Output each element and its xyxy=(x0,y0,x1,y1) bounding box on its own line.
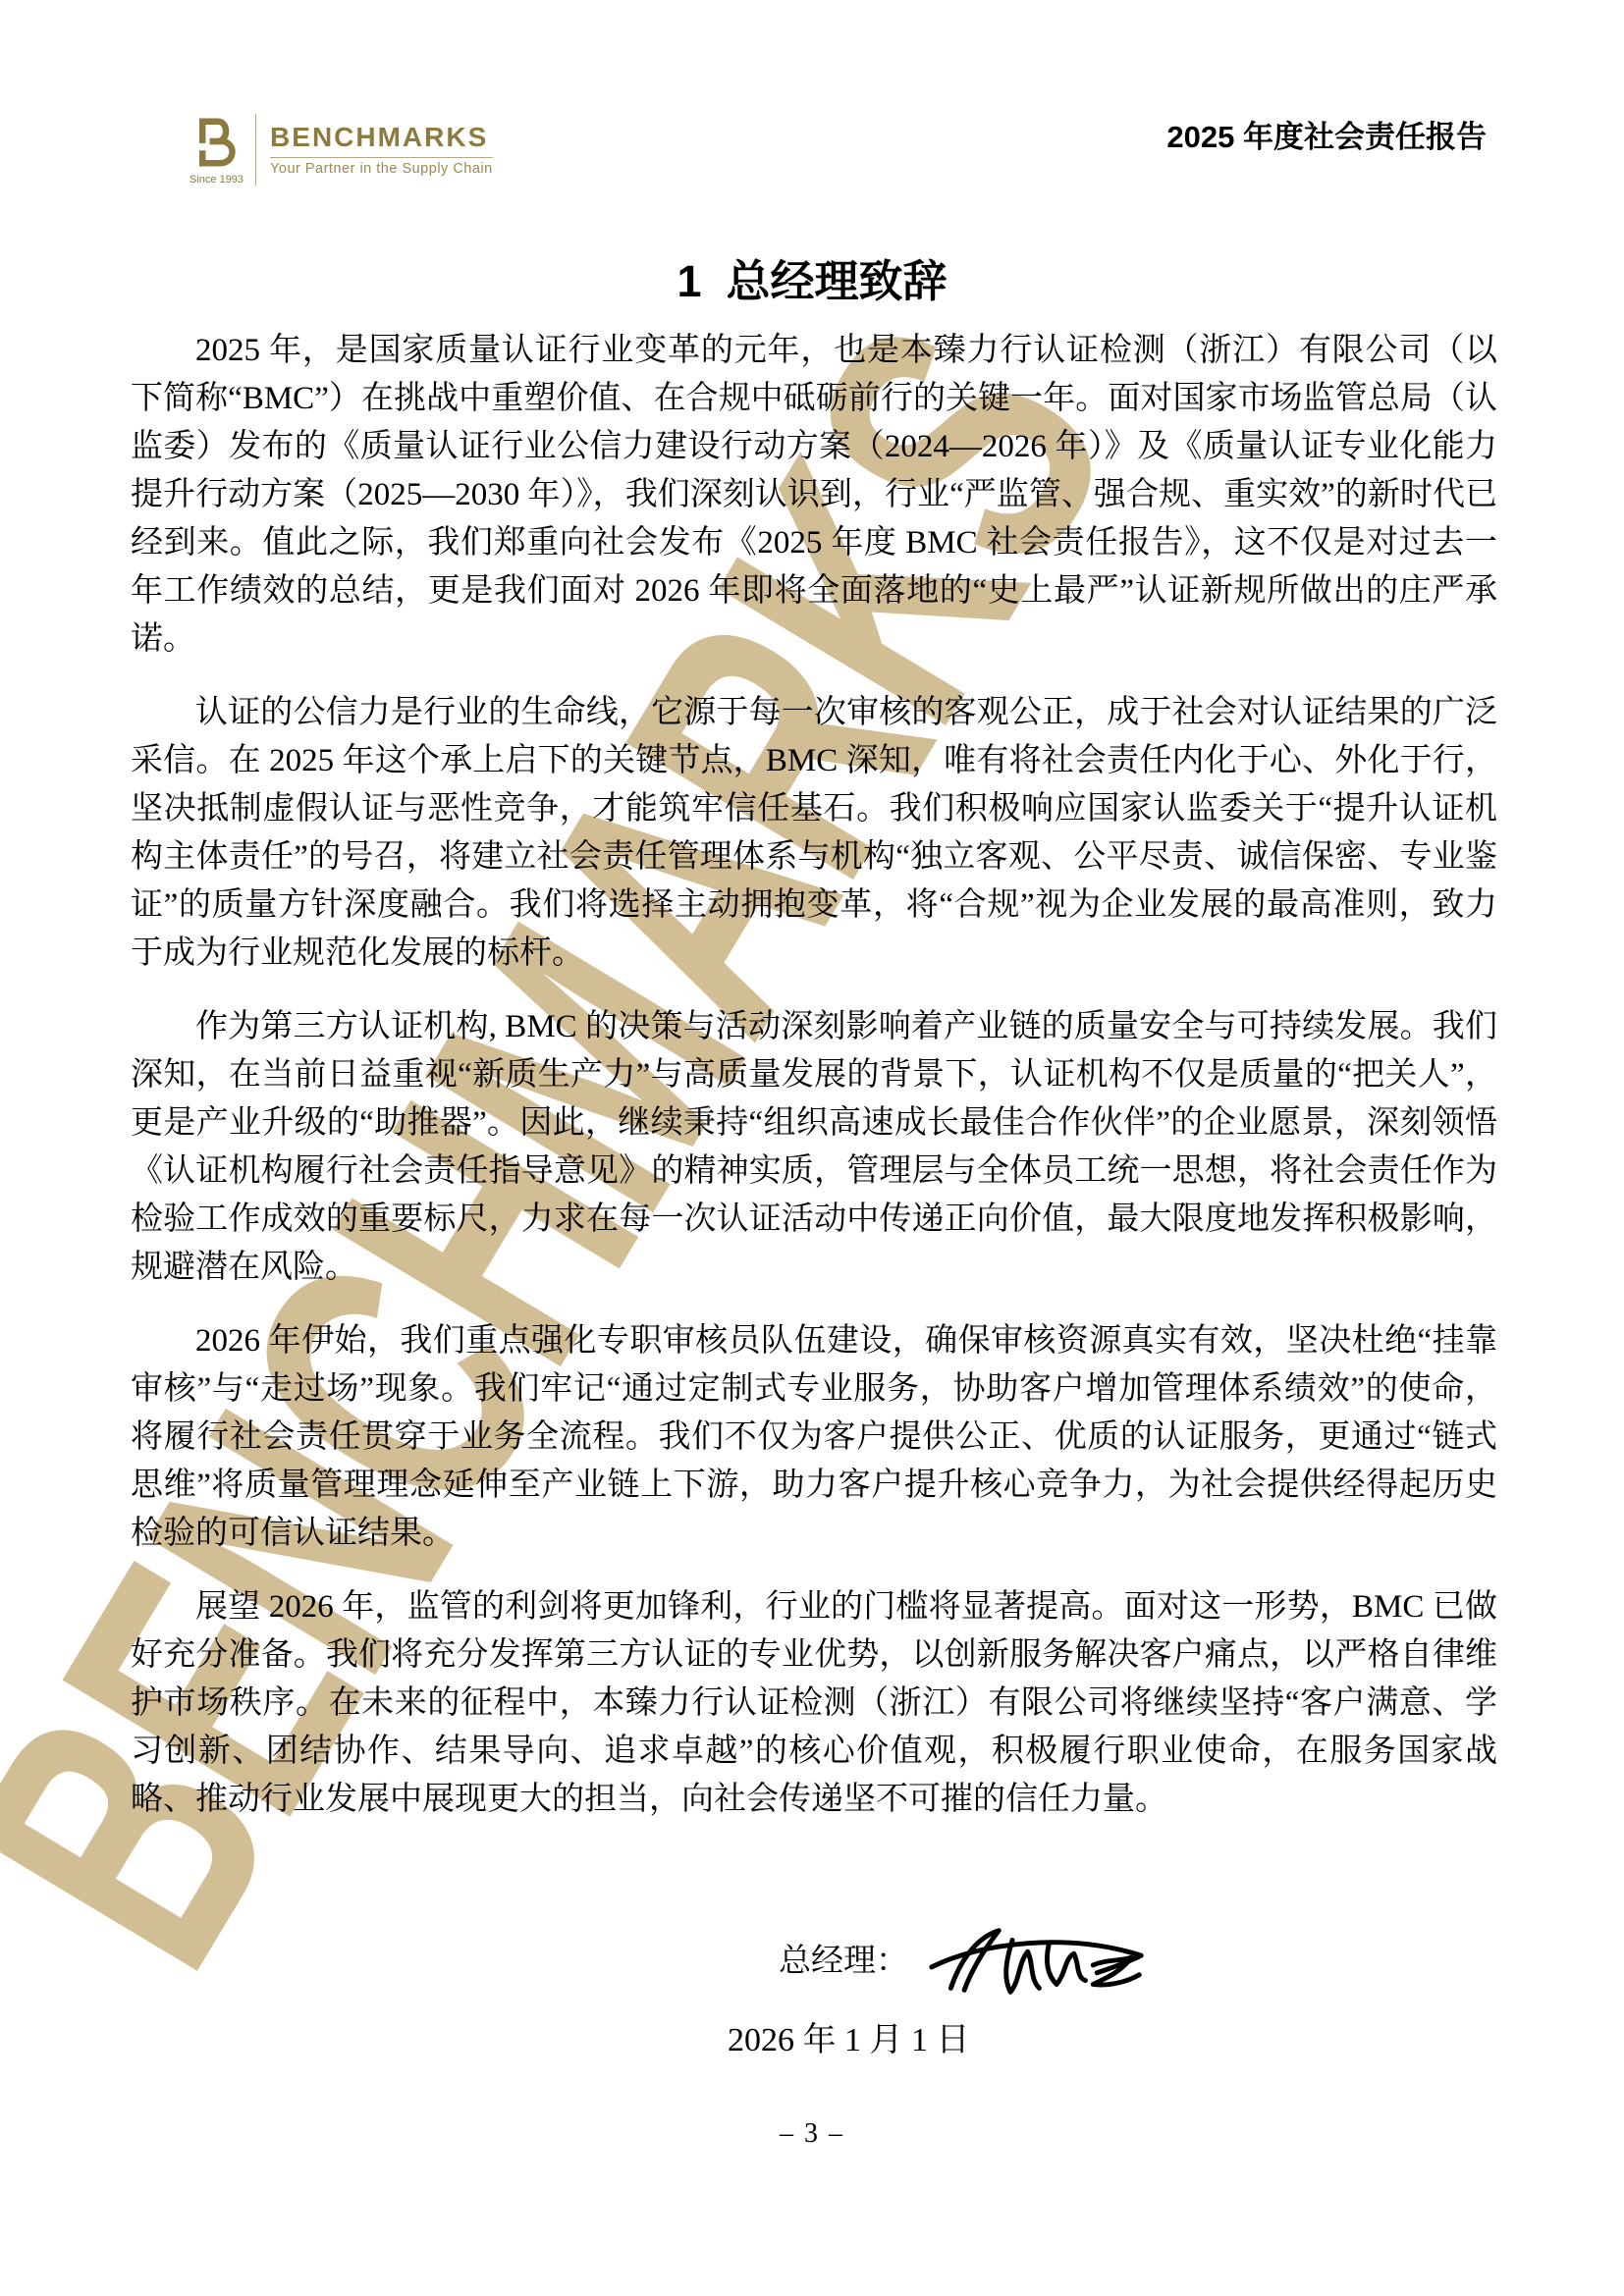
signature-label: 总经理： xyxy=(779,1916,908,1986)
page-number: – 3 – xyxy=(0,2118,1624,2150)
logo-brand-name: BENCHMARKS xyxy=(270,123,493,153)
body-paragraph: 作为第三方认证机构, BMC 的决策与活动深刻影响着产业链的质量安全与可持续发展… xyxy=(131,1003,1497,1292)
signature-date: 2026 年 1 月 1 日 xyxy=(728,2012,970,2060)
header-report-title: 2025 年度社会责任报告 xyxy=(1166,112,1487,156)
logo-divider xyxy=(255,114,256,186)
signature-block: 总经理： xyxy=(779,1916,1153,2011)
body-text: 2025 年，是国家质量认证行业变革的元年，也是本臻力行认证检测（浙江）有限公司… xyxy=(131,327,1497,1849)
page-title: 1 总经理致辞 xyxy=(0,245,1624,309)
benchmarks-logo-mark-icon xyxy=(193,114,241,171)
document-page: BENCHMARKS Since 1993 BENCHMARKS Your Pa… xyxy=(0,0,1624,2296)
logo-text-column: BENCHMARKS Your Partner in the Supply Ch… xyxy=(270,114,493,186)
logo-mark-column: Since 1993 xyxy=(189,114,244,186)
body-paragraph: 2025 年，是国家质量认证行业变革的元年，也是本臻力行认证检测（浙江）有限公司… xyxy=(131,327,1497,664)
body-paragraph: 2026 年伊始，我们重点强化专职审核员队伍建设，确保审核资源真实有效，坚决杜绝… xyxy=(131,1317,1497,1558)
logo-tagline: Your Partner in the Supply Chain xyxy=(270,161,493,177)
body-paragraph: 认证的公信力是行业的生命线，它源于每一次审核的客观公正，成于社会对认证结果的广泛… xyxy=(131,689,1497,978)
signature-handwriting xyxy=(922,1916,1153,2011)
logo-rule xyxy=(270,157,493,158)
body-paragraph: 展望 2026 年，监管的利剑将更加锋利，行业的门槛将显著提高。面对这一形势，B… xyxy=(131,1583,1497,1824)
logo-since-text: Since 1993 xyxy=(189,174,244,186)
benchmarks-logo: Since 1993 BENCHMARKS Your Partner in th… xyxy=(189,114,493,186)
